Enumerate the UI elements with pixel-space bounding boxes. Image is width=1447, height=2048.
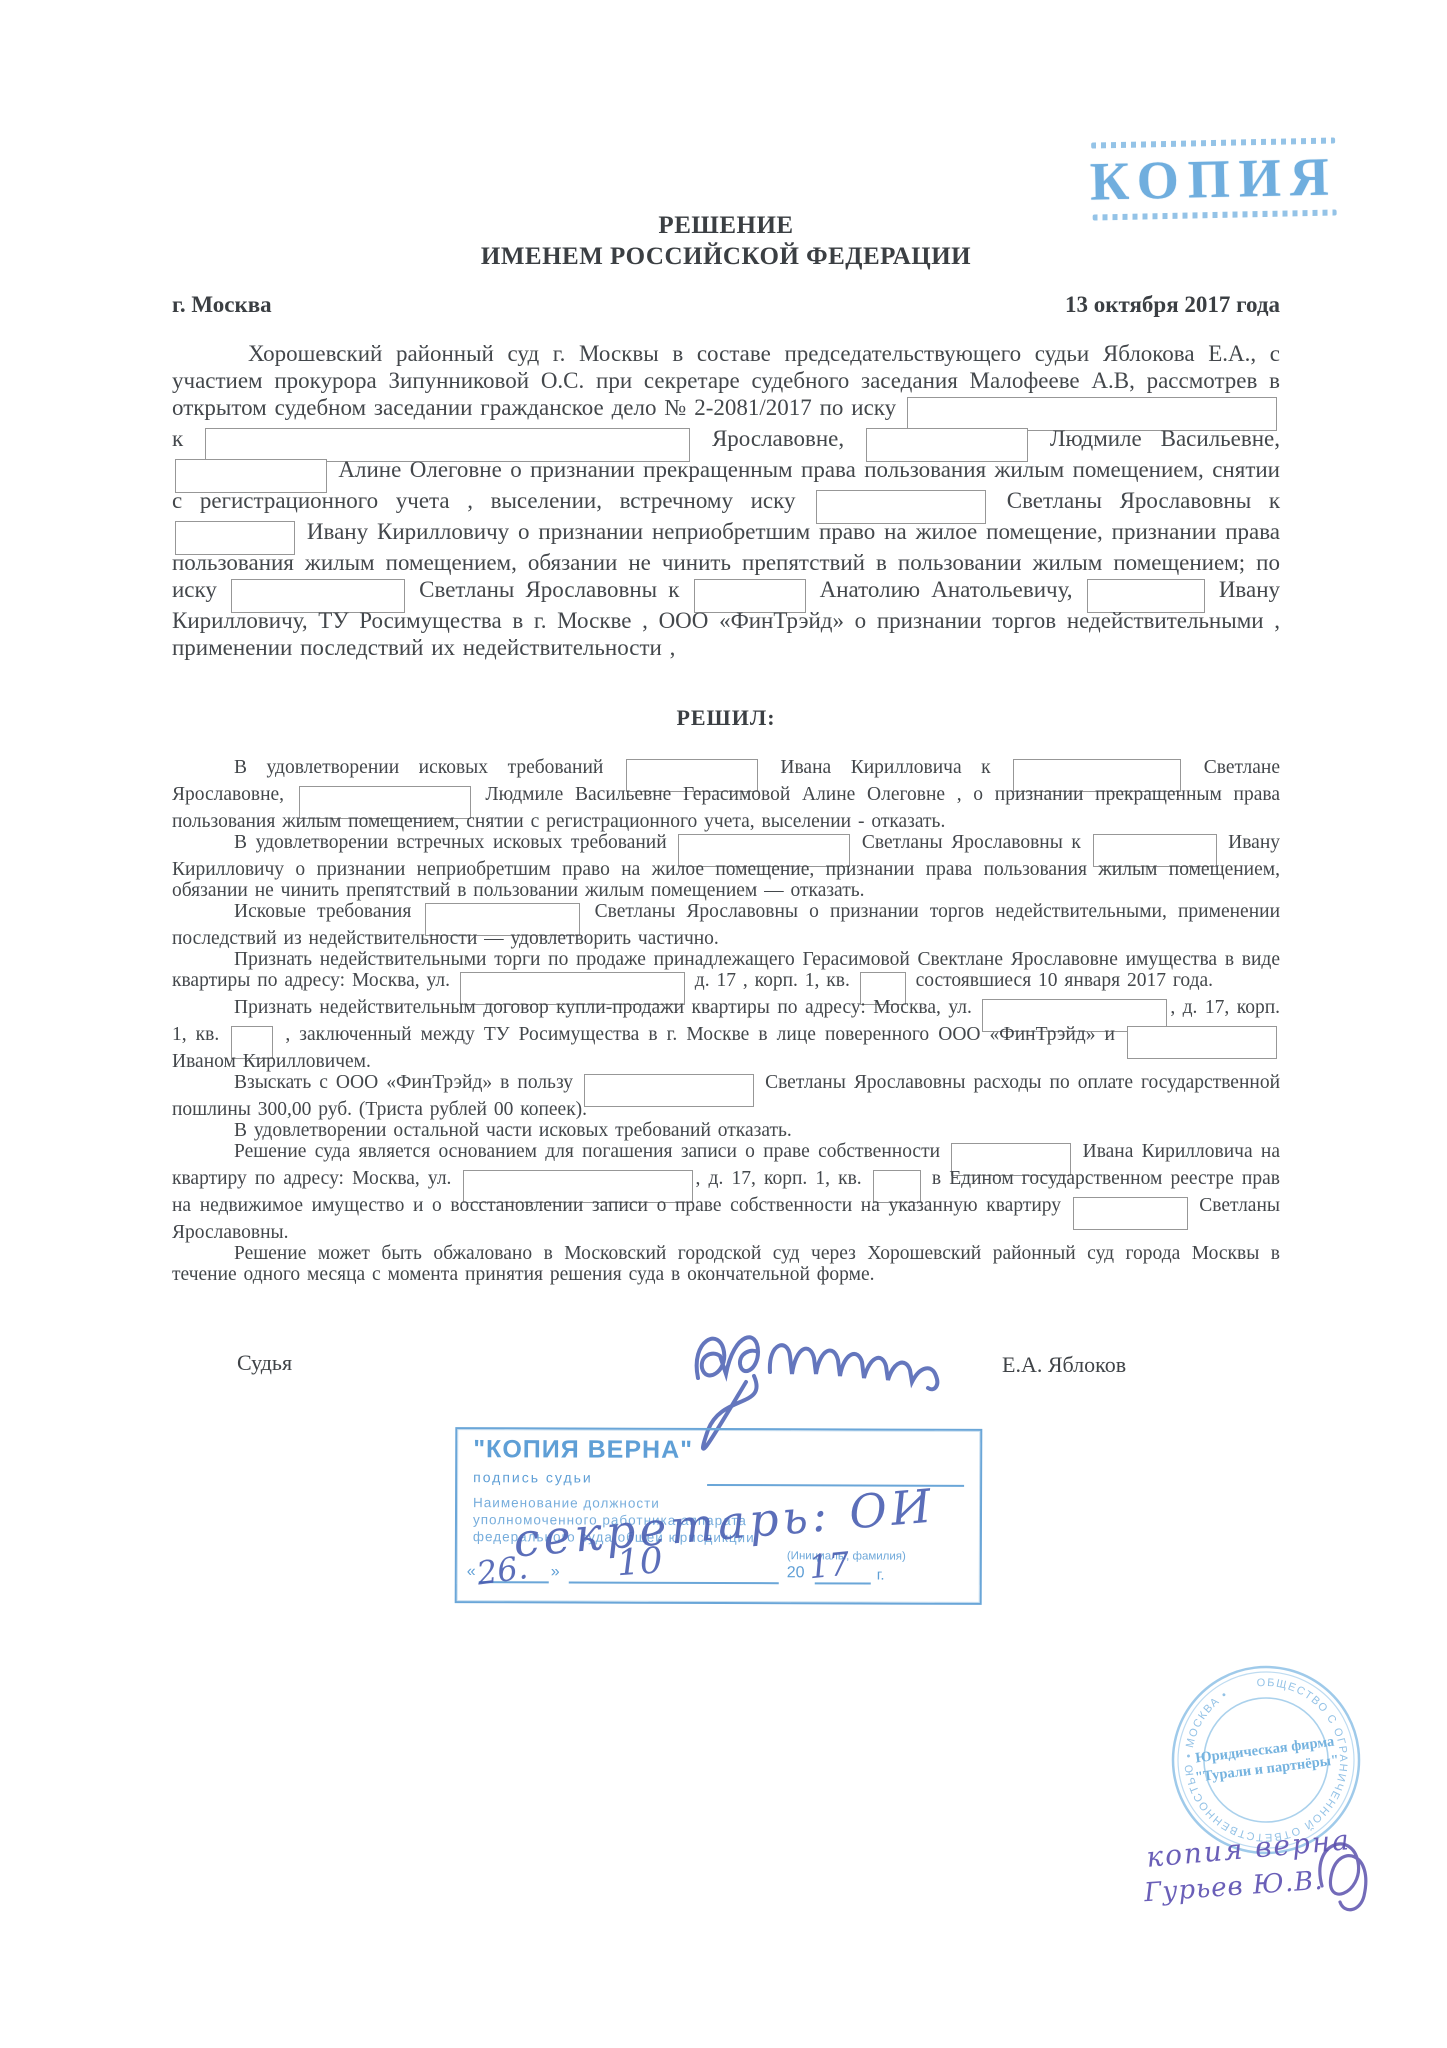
redaction-box <box>1073 1197 1188 1230</box>
court-decision-page: КОПИЯ РЕШЕНИЕ ИМЕНЕМ РОССИЙСКОЙ ФЕДЕРАЦИ… <box>0 0 1447 2048</box>
copy-stamp-label: КОПИЯ <box>1085 143 1342 214</box>
resolution-paragraph: В удовлетворении встречных исковых требо… <box>172 832 1280 901</box>
redaction-box <box>816 490 986 524</box>
redaction-box <box>231 579 405 613</box>
redaction-box <box>907 397 1277 431</box>
title-line-2: ИМЕНЕМ РОССИЙСКОЙ ФЕДЕРАЦИИ <box>172 241 1280 272</box>
document-title: РЕШЕНИЕ ИМЕНЕМ РОССИЙСКОЙ ФЕДЕРАЦИИ <box>172 210 1280 272</box>
judge-name: Е.А. Яблоков <box>1002 1352 1126 1378</box>
city-date-row: г. Москва 13 октября 2017 года <box>172 292 1280 318</box>
judge-label: Судья <box>237 1350 292 1376</box>
redaction-box <box>1127 1026 1277 1059</box>
redaction-box <box>463 1170 693 1203</box>
handwritten-month: 10 <box>616 1540 664 1584</box>
resolution-paragraph: В удовлетворении остальной части исковых… <box>172 1120 1280 1141</box>
redaction-box <box>678 834 850 867</box>
document-body: Хорошевский районный суд г. Москвы в сос… <box>172 340 1280 1285</box>
resolution-paragraph: В удовлетворении исковых требований Иван… <box>172 757 1280 832</box>
redaction-box <box>873 1170 921 1203</box>
redaction-box <box>231 1026 273 1059</box>
redaction-box <box>299 786 471 819</box>
handwritten-day: 26. <box>474 1548 530 1593</box>
stamp-year-suffix: г. <box>877 1567 885 1584</box>
resolution-paragraph: Признать недействительным договор купли-… <box>172 997 1280 1072</box>
redaction-box <box>584 1074 754 1107</box>
resolution-section: В удовлетворении исковых требований Иван… <box>172 757 1280 1285</box>
resolution-paragraph: Решение может быть обжаловано в Московск… <box>172 1243 1280 1285</box>
decision-date: 13 октября 2017 года <box>1065 292 1280 318</box>
city-label: г. Москва <box>172 292 272 318</box>
resolution-heading: РЕШИЛ: <box>172 705 1280 731</box>
intro-paragraph: Хорошевский районный суд г. Москвы в сос… <box>172 340 1280 661</box>
redaction-box <box>951 1143 1071 1176</box>
resolution-paragraph: Решение суда является основанием для пог… <box>172 1141 1280 1243</box>
stamp-quote-open: « <box>467 1563 476 1581</box>
stamp-title: "КОПИЯ ВЕРНА" <box>473 1435 693 1465</box>
redaction-box <box>1087 579 1205 613</box>
resolution-paragraph: Признать недействительными торги по прод… <box>172 949 1280 997</box>
redaction-box <box>1093 834 1217 867</box>
redaction-box <box>205 428 690 462</box>
signer-flourish-signature <box>1300 1820 1390 1920</box>
stamp-quote-close: » <box>551 1563 560 1581</box>
redaction-box <box>175 521 295 555</box>
redaction-box <box>626 759 758 792</box>
resolution-paragraph: Исковые требования Светланы Ярославовны … <box>172 901 1280 949</box>
redaction-box <box>175 459 327 493</box>
title-line-1: РЕШЕНИЕ <box>172 210 1280 241</box>
redaction-box <box>1013 759 1181 792</box>
redaction-box <box>866 428 1028 462</box>
redaction-box <box>425 903 580 936</box>
resolution-paragraph: Взыскать с ООО «ФинТрэйд» в пользу Светл… <box>172 1072 1280 1120</box>
stamp-year-prefix: 20 <box>787 1564 805 1582</box>
copy-correct-stamp: "КОПИЯ ВЕРНА" подпись судьи Наименование… <box>455 1427 983 1605</box>
redaction-box <box>694 579 806 613</box>
stamp-judge-signature-label: подпись судьи <box>473 1469 593 1485</box>
handwritten-year: 17 <box>807 1544 851 1586</box>
stamp-month-line <box>569 1581 779 1584</box>
